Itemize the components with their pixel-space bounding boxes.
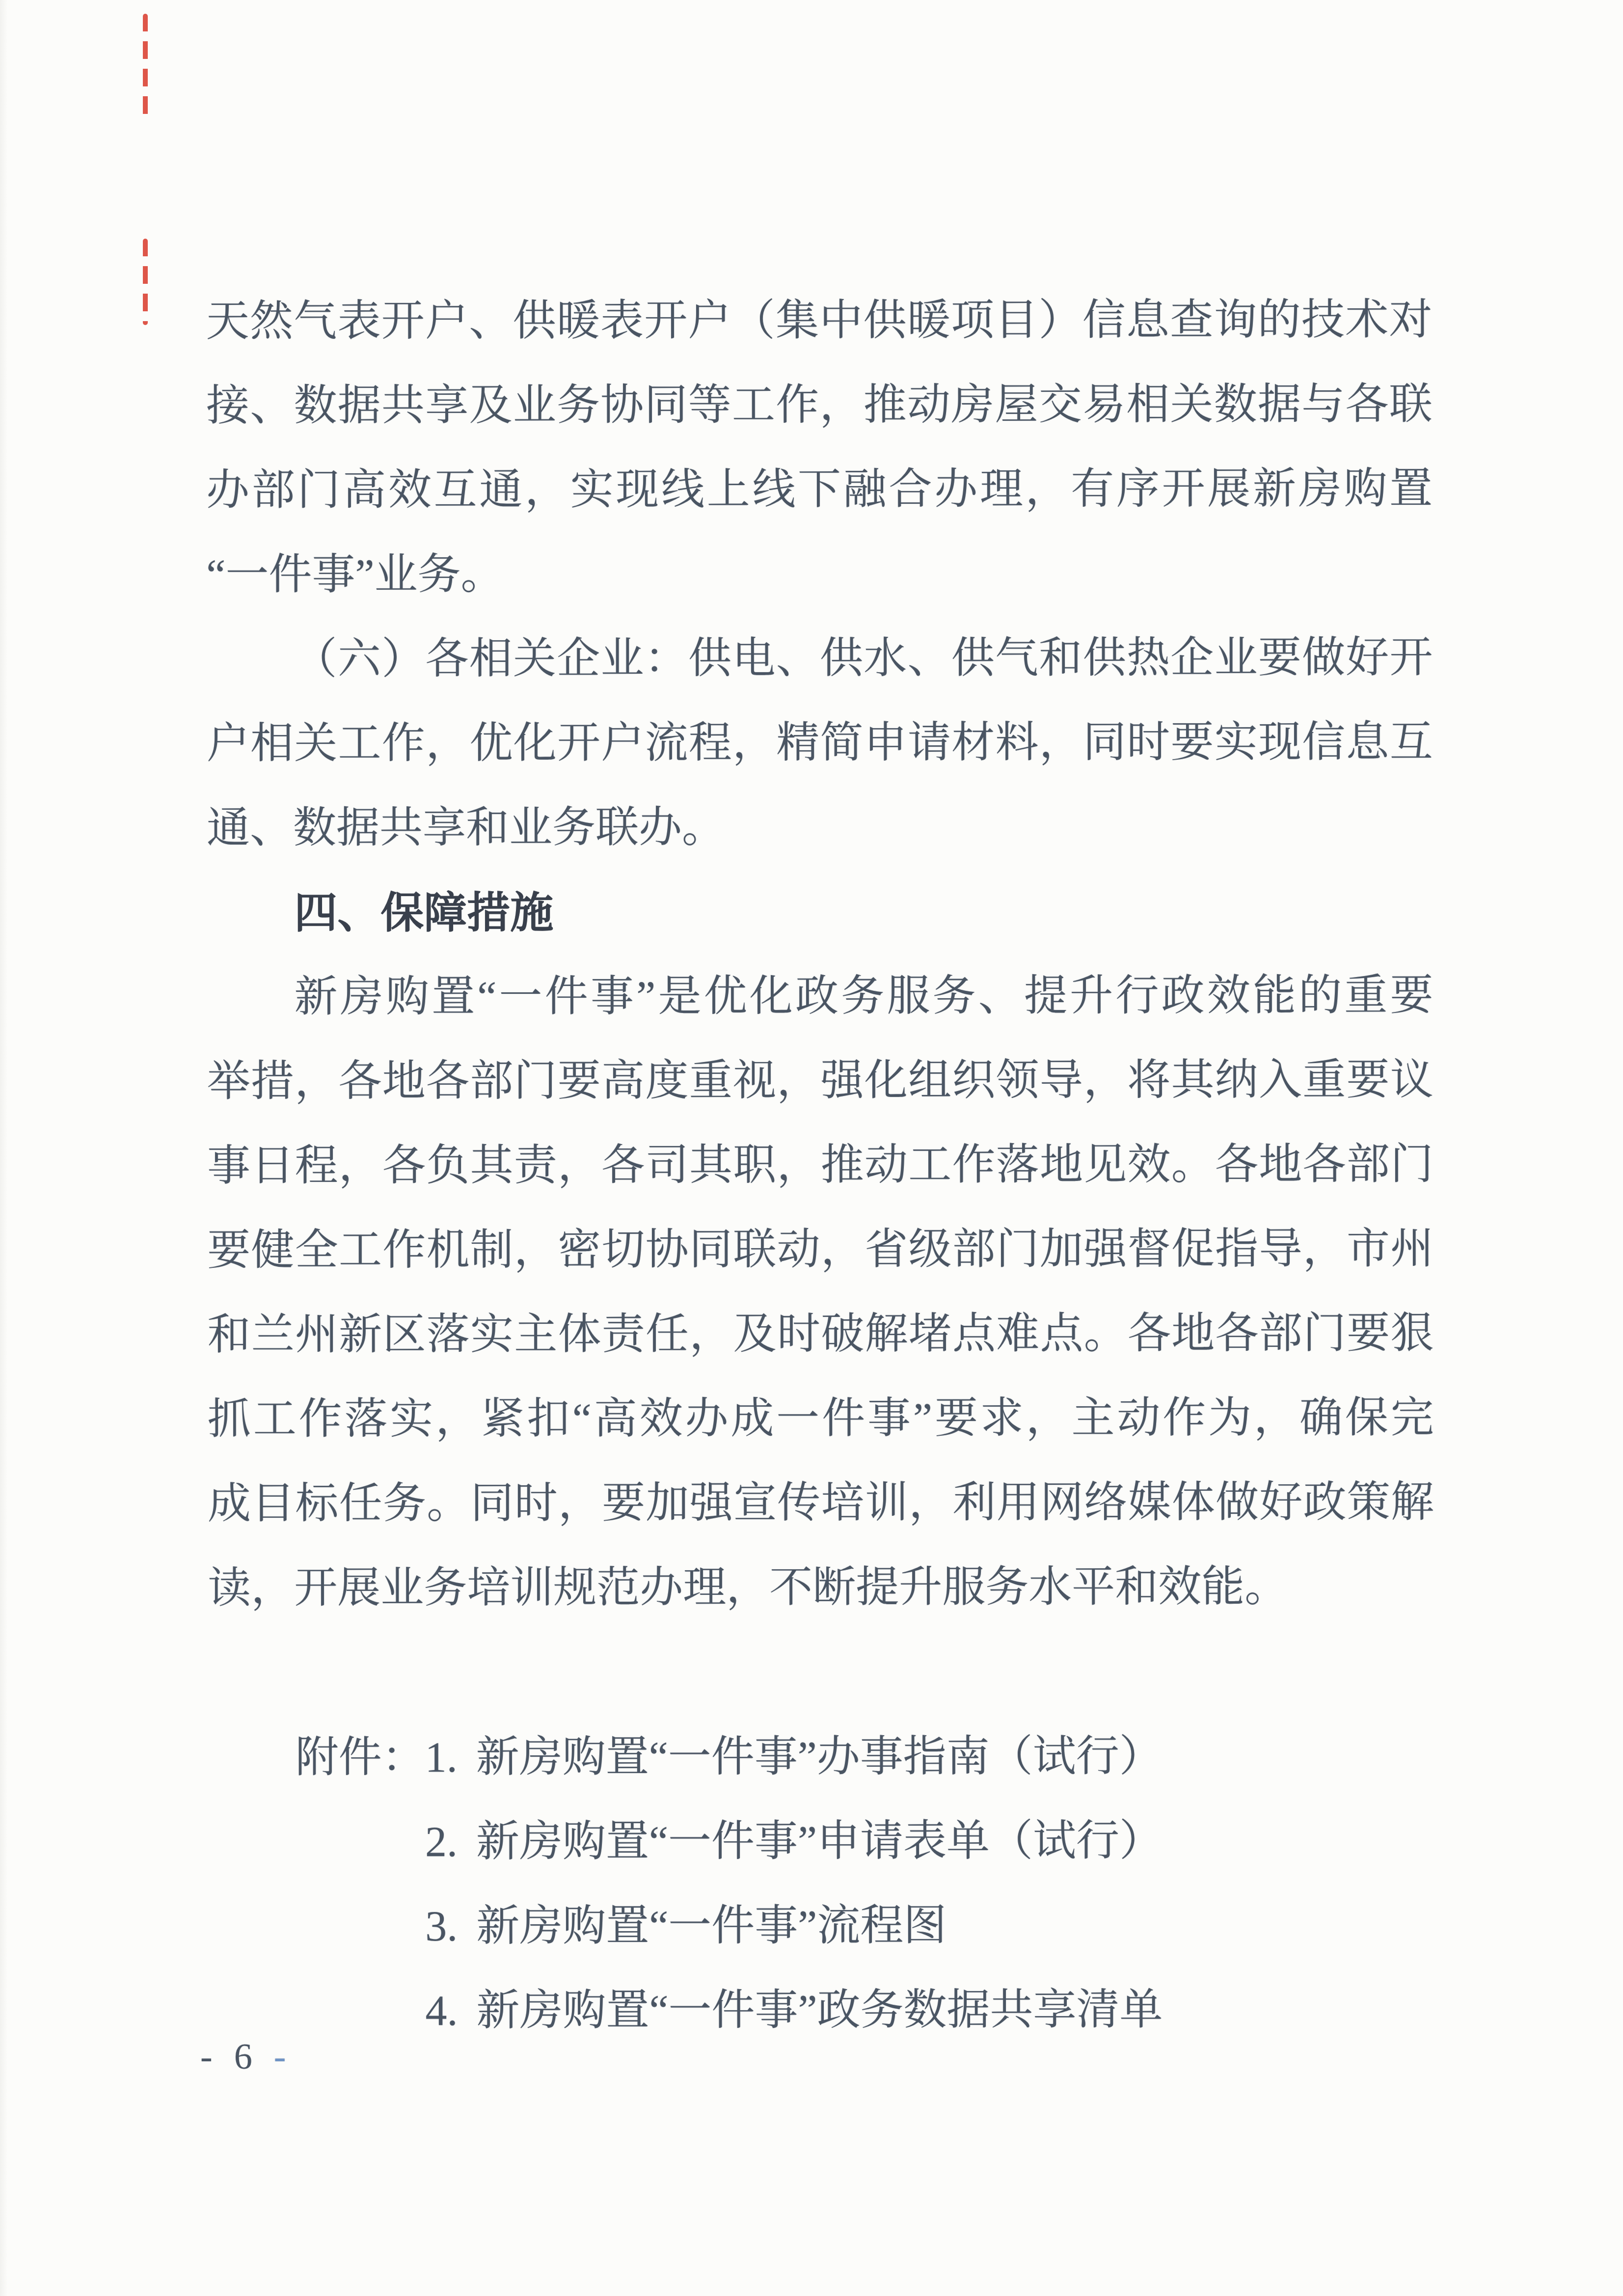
attachment-number-3: 3. [425,1885,476,1969]
attachment-title-1: 新房购置“一件事”办事指南（试行） [476,1733,1163,1781]
page-number-value: 6 [234,2037,253,2077]
attachment-number-1: 1. [425,1716,476,1800]
body-line-16: 读，开展业务培训规范办理，不断提升服务水平和效能。 [208,1545,1434,1631]
attachment-line-4: 4.新房购置“一件事”政务数据共享清单 [208,1968,1434,2053]
body-line-1: 天然气表开户、供暖表开户（集中供暖项目）信息查询的技术对 [206,278,1432,364]
body-line-12: 要健全工作机制，密切协同联动，省级部门加强督促指导，市州 [207,1207,1434,1293]
attachment-line-2: 2.新房购置“一件事”申请表单（试行） [208,1799,1434,1885]
body-line-7: 通、数据共享和业务联办。 [207,785,1433,871]
scanned-document-page: 天然气表开户、供暖表开户（集中供暖项目）信息查询的技术对 接、数据共享及业务协同… [0,0,1623,2296]
body-line-3: 办部门高效互通，实现线上线下融合办理，有序开展新房购置 [206,447,1433,533]
body-line-4: “一件事”业务。 [206,531,1433,617]
body-line-15: 成目标任务。同时，要加强宣传培训，利用网络媒体做好政策解 [208,1460,1434,1546]
scan-artifact-red-dashes-mid [143,239,148,325]
body-line-2: 接、数据共享及业务协同等工作，推动房屋交易相关数据与各联 [206,362,1433,448]
attachment-title-2: 新房购置“一件事”申请表单（试行） [476,1817,1163,1866]
page-number: -6- [200,2036,287,2078]
body-line-11: 事日程，各负其责，各司其职，推动工作落地见效。各地各部门 [207,1122,1434,1208]
attachments-gap [208,1629,1434,1716]
page-number-right-dash: - [274,2037,287,2077]
attachment-number-2: 2. [425,1800,476,1885]
section-heading: 四、保障措施 [207,869,1433,955]
attachment-title-3: 新房购置“一件事”流程图 [476,1902,947,1950]
body-line-9: 新房购置“一件事”是优化政务服务、提升行政效能的重要 [207,954,1433,1039]
attachments-label: 附件： [296,1716,425,1800]
attachment-title-4: 新房购置“一件事”政务数据共享清单 [476,1986,1163,2035]
attachment-number-4: 4. [425,1969,476,2053]
document-body: 天然气表开户、供暖表开户（集中供暖项目）信息查询的技术对 接、数据共享及业务协同… [206,278,1434,2053]
body-line-14: 抓工作落实，紧扣“高效办成一件事”要求，主动作为，确保完 [208,1376,1434,1462]
body-line-13: 和兰州新区落实主体责任，及时破解堵点难点。各地各部门要狠 [207,1291,1434,1377]
page-number-left-dash: - [200,2037,214,2077]
scan-artifact-red-dashes-top [143,14,148,118]
body-line-5: （六）各相关企业：供电、供水、供气和供热企业要做好开 [206,616,1433,702]
body-line-6: 户相关工作，优化开户流程，精简申请材料，同时要实现信息互 [207,700,1433,786]
body-line-10: 举措，各地各部门要高度重视，强化组织领导，将其纳入重要议 [207,1038,1434,1124]
attachment-line-3: 3.新房购置“一件事”流程图 [208,1883,1434,1969]
attachment-line-1: 附件：1.新房购置“一件事”办事指南（试行） [208,1714,1434,1800]
